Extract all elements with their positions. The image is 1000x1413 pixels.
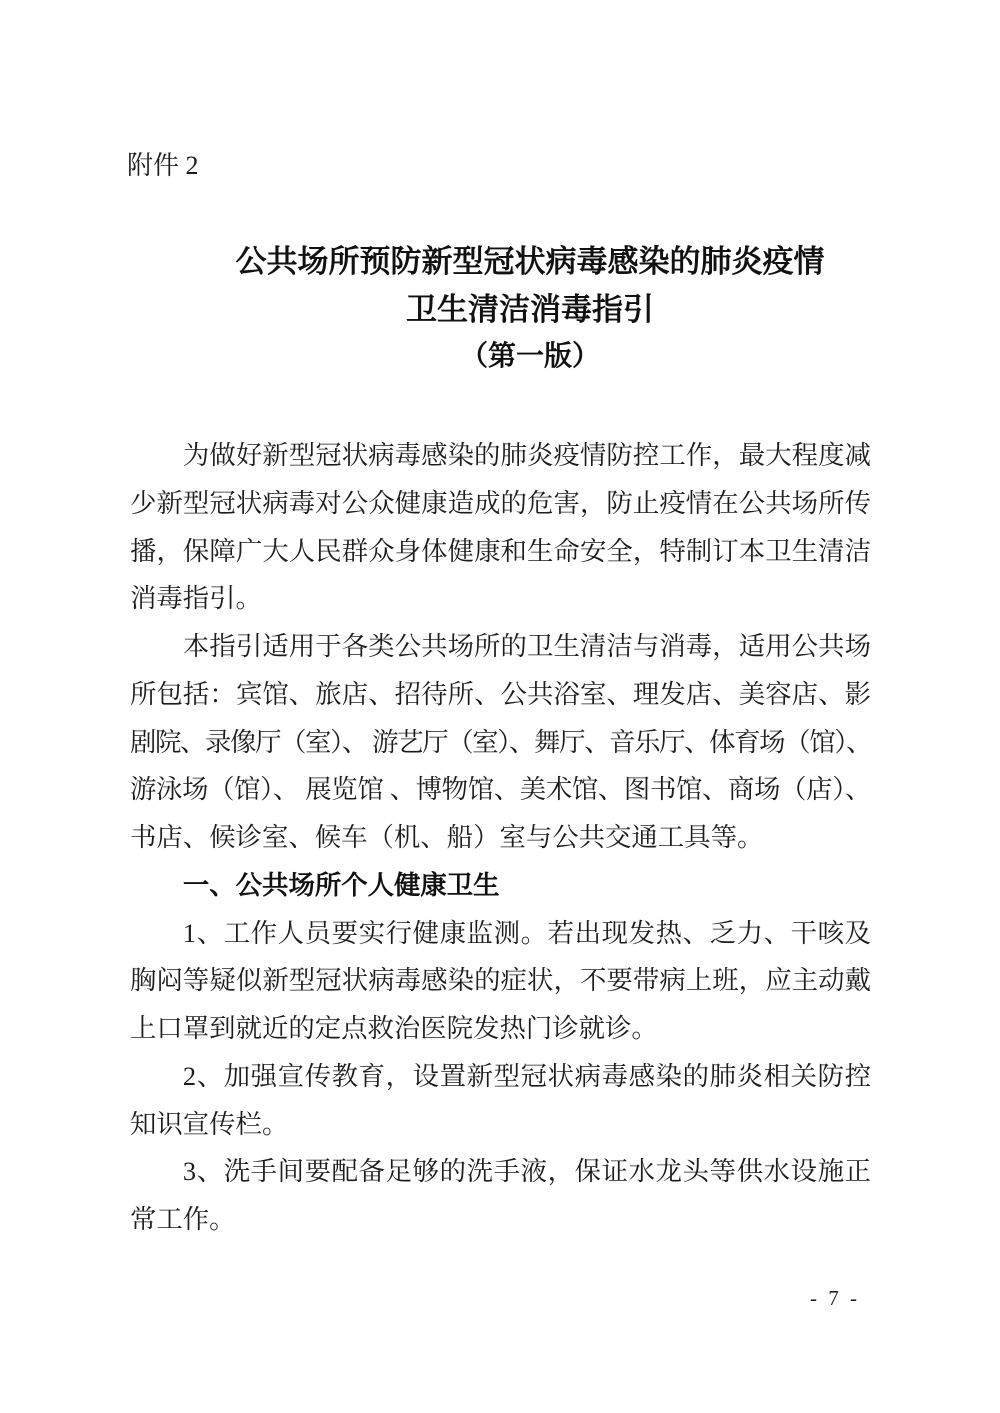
attachment-label: 附件 2 <box>127 150 199 182</box>
page-number: - 7 - <box>810 1286 860 1311</box>
body-line: 书店、候诊室、候车（机、船）室与公共交通工具等。 <box>130 814 871 862</box>
body-line: 为做好新型冠状病毒感染的肺炎疫情防控工作，最大程度减 <box>130 432 871 480</box>
document-body: 为做好新型冠状病毒感染的肺炎疫情防控工作，最大程度减少新型冠状病毒对公众健康造成… <box>130 432 871 1244</box>
body-line: 上口罩到就近的定点救治医院发热门诊就诊。 <box>130 1005 871 1053</box>
body-line: 胸闷等疑似新型冠状病毒感染的症状，不要带病上班，应主动戴 <box>130 957 871 1005</box>
document-title-line-1: 公共场所预防新型冠状病毒感染的肺炎疫情 <box>130 238 930 286</box>
body-line: 2、加强宣传教育，设置新型冠状病毒感染的肺炎相关防控 <box>130 1053 871 1101</box>
body-line: 本指引适用于各类公共场所的卫生清洁与消毒，适用公共场 <box>130 623 871 671</box>
body-line: 知识宣传栏。 <box>130 1101 871 1149</box>
body-line: 所包括：宾馆、旅店、招待所、公共浴室、理发店、美容店、影 <box>130 671 871 719</box>
section-heading: 一、公共场所个人健康卫生 <box>130 862 871 910</box>
body-line: 游泳场（馆）、 展览馆 、博物馆、美术馆、图书馆、商场（店）、 <box>130 766 871 814</box>
body-line: 少新型冠状病毒对公众健康造成的危害，防止疫情在公共场所传 <box>130 480 871 528</box>
body-line: 播，保障广大人民群众身体健康和生命安全，特制订本卫生清洁 <box>130 528 871 576</box>
body-line: 常工作。 <box>130 1196 871 1244</box>
document-title: 公共场所预防新型冠状病毒感染的肺炎疫情 卫生清洁消毒指引 （第一版） <box>130 238 930 381</box>
document-page: 附件 2 公共场所预防新型冠状病毒感染的肺炎疫情 卫生清洁消毒指引 （第一版） … <box>0 0 1000 1413</box>
document-title-edition: （第一版） <box>130 333 930 381</box>
body-line: 剧院、录像厅（室）、 游艺厅（室）、舞厅、音乐厅、体育场（馆）、 <box>130 719 871 767</box>
body-line: 消毒指引。 <box>130 575 871 623</box>
document-title-line-2: 卫生清洁消毒指引 <box>130 286 930 334</box>
body-line: 1、工作人员要实行健康监测。若出现发热、乏力、干咳及 <box>130 910 871 958</box>
body-line: 3、洗手间要配备足够的洗手液，保证水龙头等供水设施正 <box>130 1148 871 1196</box>
